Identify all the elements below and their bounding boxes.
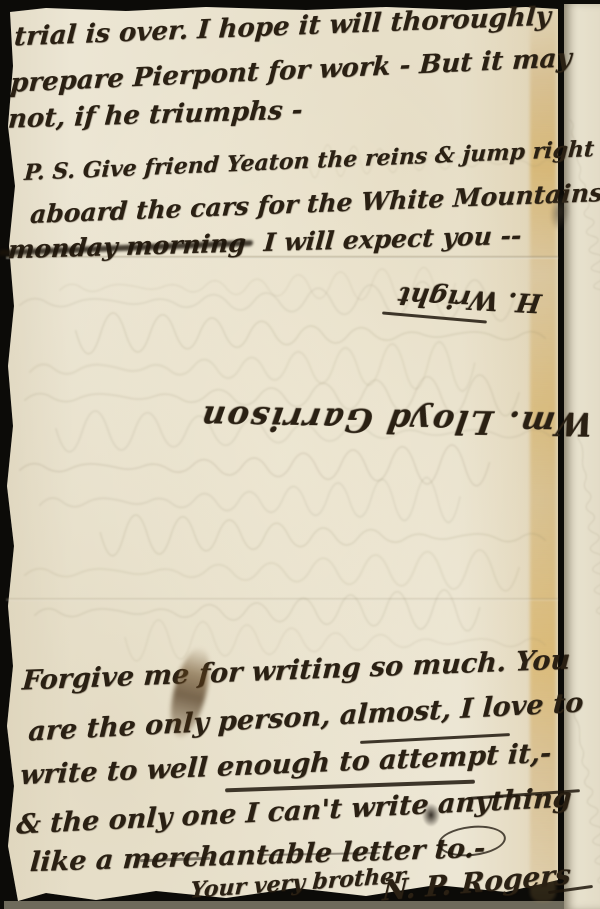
inverted-address: Wm. Lloyd Garrison — [197, 399, 596, 444]
letter-scan: trial is over. I hope it will thoroughly… — [0, 0, 600, 909]
fold-crease-lower — [6, 598, 558, 601]
bottom-sheet-edge — [4, 901, 564, 909]
